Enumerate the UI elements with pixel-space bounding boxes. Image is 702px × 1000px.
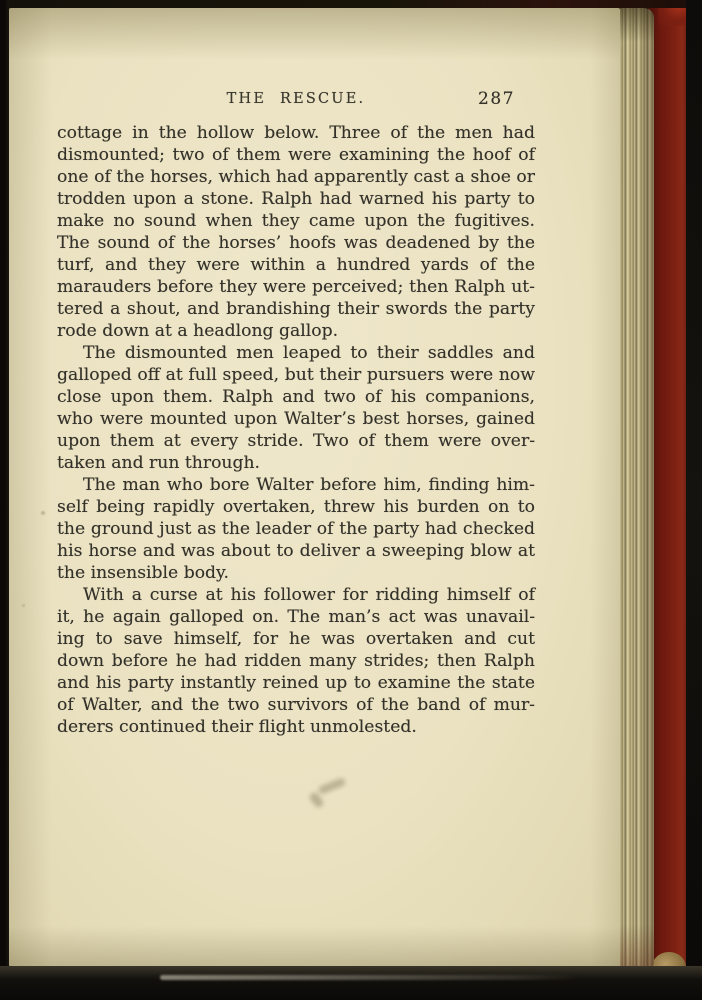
text-line: taken and run through. bbox=[57, 452, 535, 474]
text-line: The dismounted men leaped to their saddl… bbox=[57, 342, 535, 364]
text-line: ing to save himself, for he was overtake… bbox=[57, 628, 535, 650]
surface-highlight bbox=[160, 975, 580, 980]
text-line: the ground just as the leader of the par… bbox=[57, 518, 535, 540]
page-header: THE RESCUE. 287 bbox=[57, 91, 535, 113]
paper-speck bbox=[123, 169, 128, 173]
ink-smudge bbox=[304, 776, 356, 812]
paper-speck bbox=[41, 511, 45, 515]
body-text-block: cottage in the hollow below. Three of th… bbox=[57, 122, 535, 738]
background-top-edge bbox=[0, 0, 702, 8]
text-line: turf, and they were within a hundred yar… bbox=[57, 254, 535, 276]
text-line: of Walter, and the two survivors of the … bbox=[57, 694, 535, 716]
text-line: the insensible body. bbox=[57, 562, 535, 584]
text-line: galloped off at full speed, but their pu… bbox=[57, 364, 535, 386]
paragraph-2: The dismounted men leaped to their saddl… bbox=[57, 342, 535, 474]
running-title: THE RESCUE. bbox=[57, 91, 535, 107]
text-line: one of the horses, which had apparently … bbox=[57, 166, 535, 188]
text-line: marauders before they were perceived; th… bbox=[57, 276, 535, 298]
text-line: With a curse at his follower for ridding… bbox=[57, 584, 535, 606]
text-line: his horse and was about to deliver a swe… bbox=[57, 540, 535, 562]
text-line: derers continued their flight unmolested… bbox=[57, 716, 535, 738]
scanned-book-photo: THE RESCUE. 287 cottage in the hollow be… bbox=[0, 0, 702, 1000]
text-line: it, he again galloped on. The man’s act … bbox=[57, 606, 535, 628]
paragraph-4: With a curse at his follower for ridding… bbox=[57, 584, 535, 738]
text-line: rode down at a headlong gallop. bbox=[57, 320, 535, 342]
paper-speck bbox=[22, 604, 25, 607]
background-bottom-edge bbox=[0, 966, 702, 1000]
background-left-edge bbox=[0, 0, 9, 1000]
text-line: and his party instantly reined up to exa… bbox=[57, 672, 535, 694]
paragraph-3: The man who bore Walter before him, find… bbox=[57, 474, 535, 584]
paragraph-1: cottage in the hollow below. Three of th… bbox=[57, 122, 535, 342]
page-number: 287 bbox=[478, 89, 515, 109]
text-line: dismounted; two of them were examining t… bbox=[57, 144, 535, 166]
text-line: close upon them. Ralph and two of his co… bbox=[57, 386, 535, 408]
book-page: THE RESCUE. 287 cottage in the hollow be… bbox=[8, 8, 620, 968]
text-line: self being rapidly overtaken, threw his … bbox=[57, 496, 535, 518]
text-line: who were mounted upon Walter’s best hors… bbox=[57, 408, 535, 430]
text-line: trodden upon a stone. Ralph had warned h… bbox=[57, 188, 535, 210]
text-line: cottage in the hollow below. Three of th… bbox=[57, 122, 535, 144]
text-line: make no sound when they came upon the fu… bbox=[57, 210, 535, 232]
background-right-edge bbox=[686, 0, 702, 1000]
text-line: down before he had ridden many strides; … bbox=[57, 650, 535, 672]
text-line: tered a shout, and brandishing their swo… bbox=[57, 298, 535, 320]
text-line: The sound of the horses’ hoofs was deade… bbox=[57, 232, 535, 254]
text-line: The man who bore Walter before him, find… bbox=[57, 474, 535, 496]
fore-edge-page-stack bbox=[616, 8, 654, 970]
text-line: upon them at every stride. Two of them w… bbox=[57, 430, 535, 452]
